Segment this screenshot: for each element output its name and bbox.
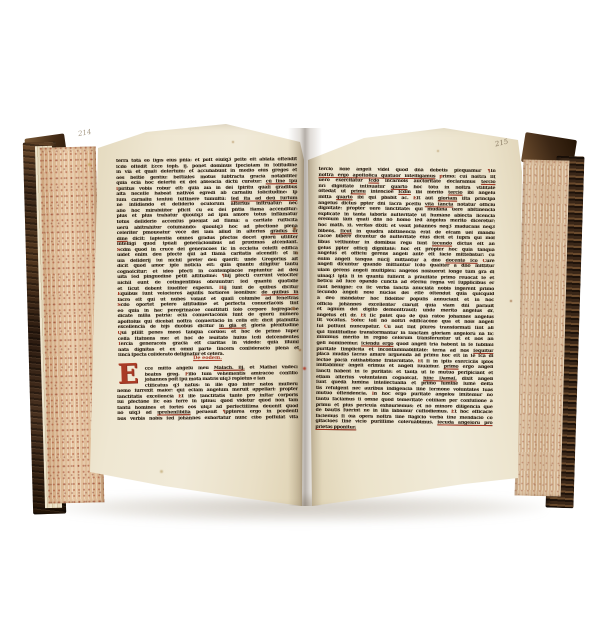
foxing-spot xyxy=(437,150,439,152)
foxing-spot xyxy=(296,252,298,254)
foxing-spot xyxy=(510,300,512,302)
foxing-spot xyxy=(299,349,301,351)
foxing-spot xyxy=(293,227,296,230)
foxing-spot xyxy=(88,163,91,166)
foxing-spot xyxy=(292,307,295,310)
foxing-spot xyxy=(160,470,163,473)
handwritten-folio-number-left: 214 xyxy=(77,128,92,138)
left-page-text-column: terra totā eo ſigīs eius pñia: et poſt e… xyxy=(116,157,299,359)
foxing-spot xyxy=(232,141,234,143)
red-lombard-initial: E xyxy=(118,362,147,389)
right-speckled-fore-edge xyxy=(515,159,570,496)
red-ink-spot xyxy=(303,367,306,370)
photograph-of-open-incunabulum: terra totā eo ſigīs eius pñia: et poſt e… xyxy=(0,0,595,632)
right-page-text-column: tercio noīe angeli videl quod dña debeti… xyxy=(315,167,495,433)
